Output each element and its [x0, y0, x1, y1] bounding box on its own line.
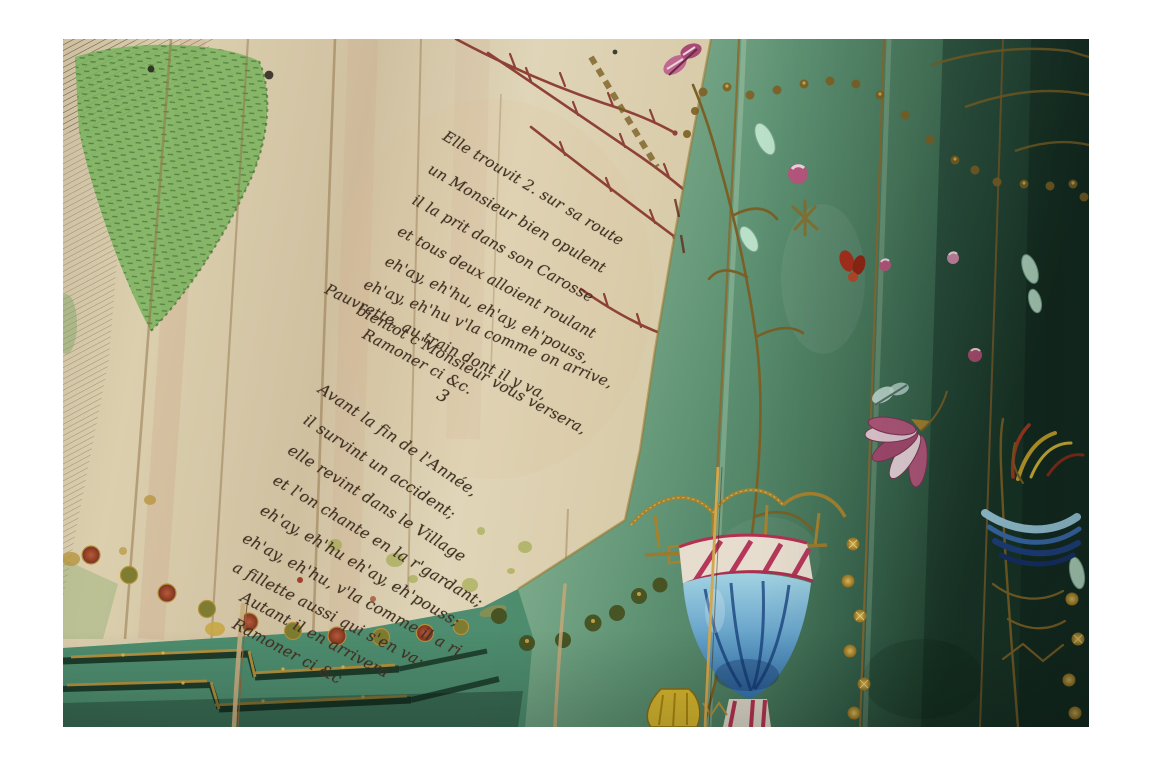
fan-photograph: Elle trouvit 2. sur sa route un Monsieur…: [63, 39, 1089, 727]
fan-scene: [63, 39, 1089, 727]
page-background: Elle trouvit 2. sur sa route un Monsieur…: [0, 0, 1152, 768]
